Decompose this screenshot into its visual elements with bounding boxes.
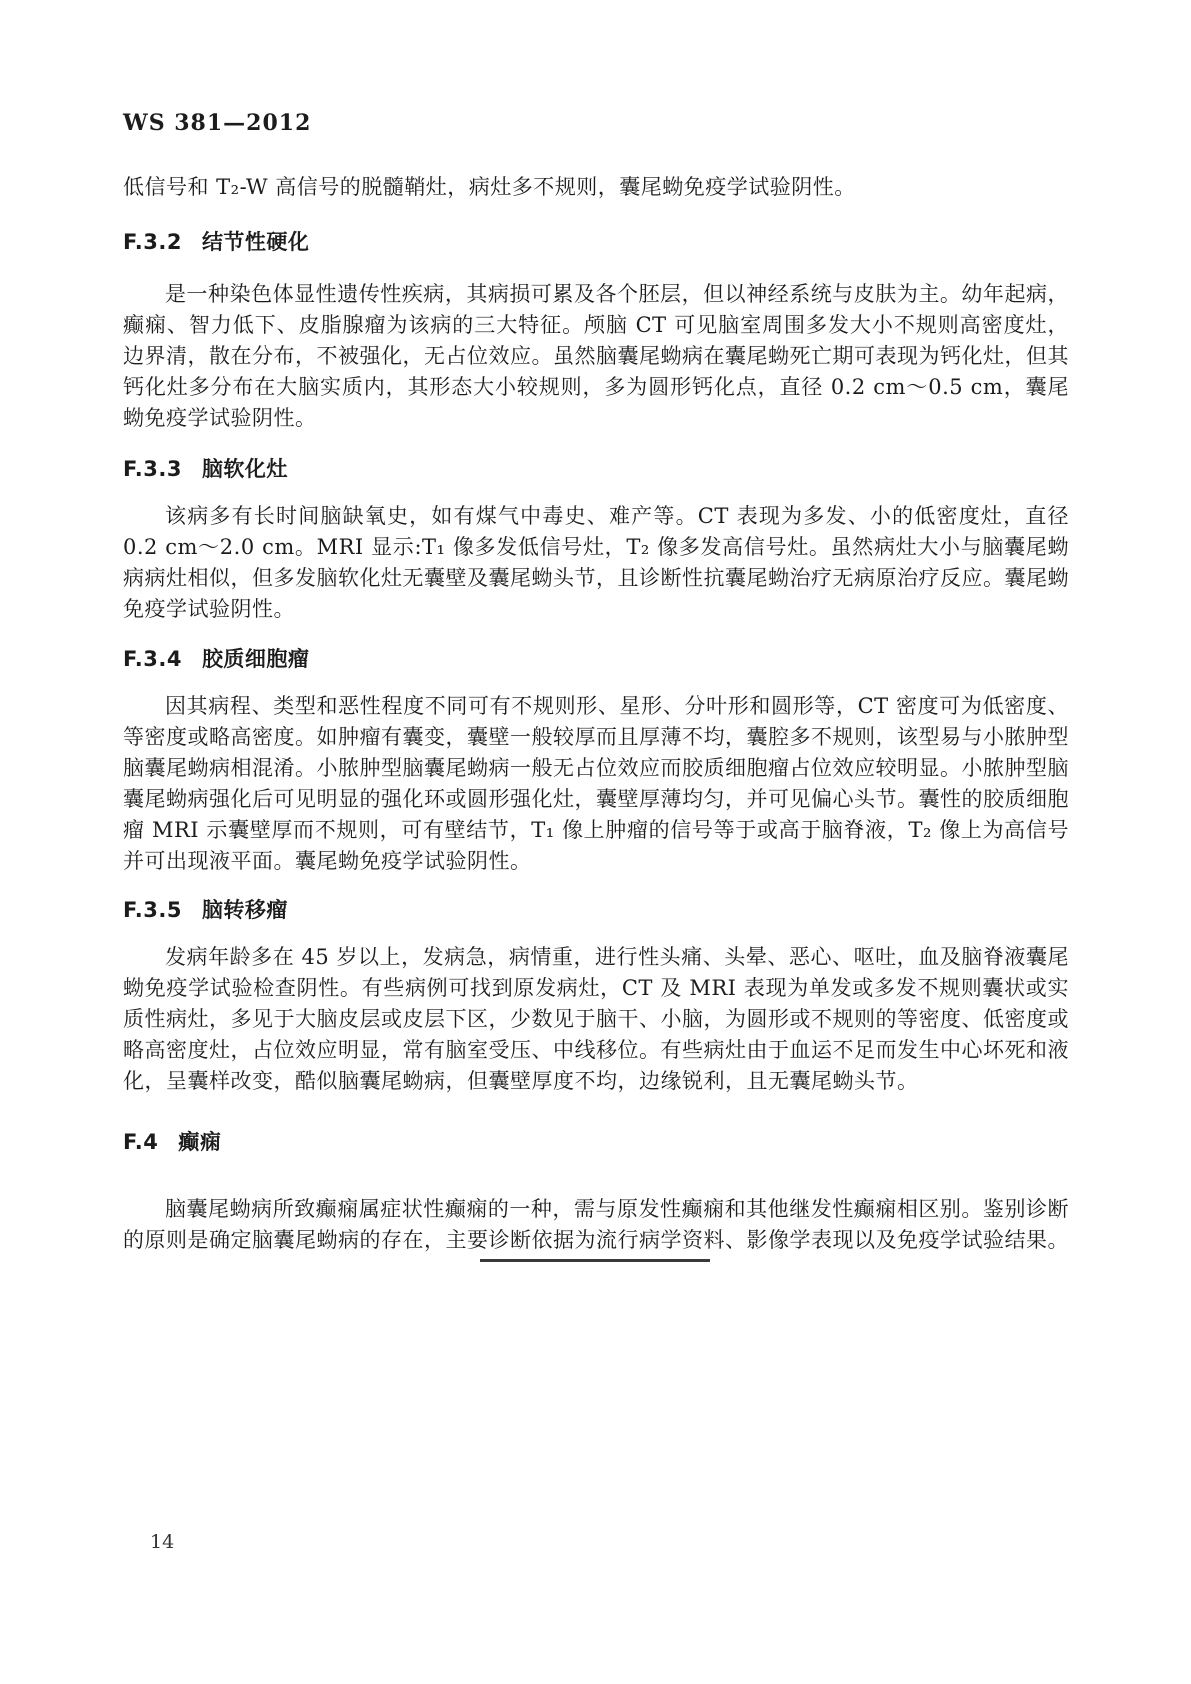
section-heading-f333: F.3.3脑软化灶 [123,456,1069,482]
section-paragraph-f334: 因其病程、类型和恶性程度不同可有不规则形、星形、分叶形和圆形等，CT 密度可为低… [123,691,1069,877]
section-title: 脑软化灶 [202,457,288,481]
section-heading-f332: F.3.2结节性硬化 [123,229,1069,255]
section-number: F.3.2 [123,229,182,255]
section-paragraph-f4: 脑囊尾蚴病所致癫痫属症状性癫痫的一种，需与原发性癫痫和其他继发性癫痫相区别。鉴别… [123,1194,1069,1256]
section-paragraph-f333: 该病多有长时间脑缺氧史，如有煤气中毒史、难产等。CT 表现为多发、小的低密度灶，… [123,501,1069,625]
section-number: F.3.3 [123,456,182,482]
section-heading-f335: F.3.5脑转移瘤 [123,897,1069,923]
document-page: WS 381—2012 低信号和 T₂-W 高信号的脱髓鞘灶，病灶多不规则，囊尾… [0,0,1191,1684]
section-number: F.4 [123,1129,158,1155]
section-title: 结节性硬化 [202,230,310,254]
document-code: WS 381—2012 [123,110,1069,136]
page-number: 14 [150,1531,174,1553]
end-of-document-rule [480,1259,710,1262]
section-title: 脑转移瘤 [202,898,288,922]
page-content: WS 381—2012 低信号和 T₂-W 高信号的脱髓鞘灶，病灶多不规则，囊尾… [123,110,1069,1256]
section-heading-f334: F.3.4胶质细胞瘤 [123,646,1069,672]
section-heading-f4: F.4癫痫 [123,1129,1069,1155]
section-title: 胶质细胞瘤 [202,647,310,671]
section-paragraph-f332: 是一种染色体显性遗传性疾病，其病损可累及各个胚层，但以神经系统与皮肤为主。幼年起… [123,279,1069,434]
section-number: F.3.5 [123,897,182,923]
section-title: 癫痫 [178,1130,221,1154]
intro-paragraph: 低信号和 T₂-W 高信号的脱髓鞘灶，病灶多不规则，囊尾蚴免疫学试验阴性。 [123,172,1069,203]
section-paragraph-f335: 发病年龄多在 45 岁以上，发病急，病情重，进行性头痛、头晕、恶心、呕吐，血及脑… [123,942,1069,1097]
section-number: F.3.4 [123,646,182,672]
